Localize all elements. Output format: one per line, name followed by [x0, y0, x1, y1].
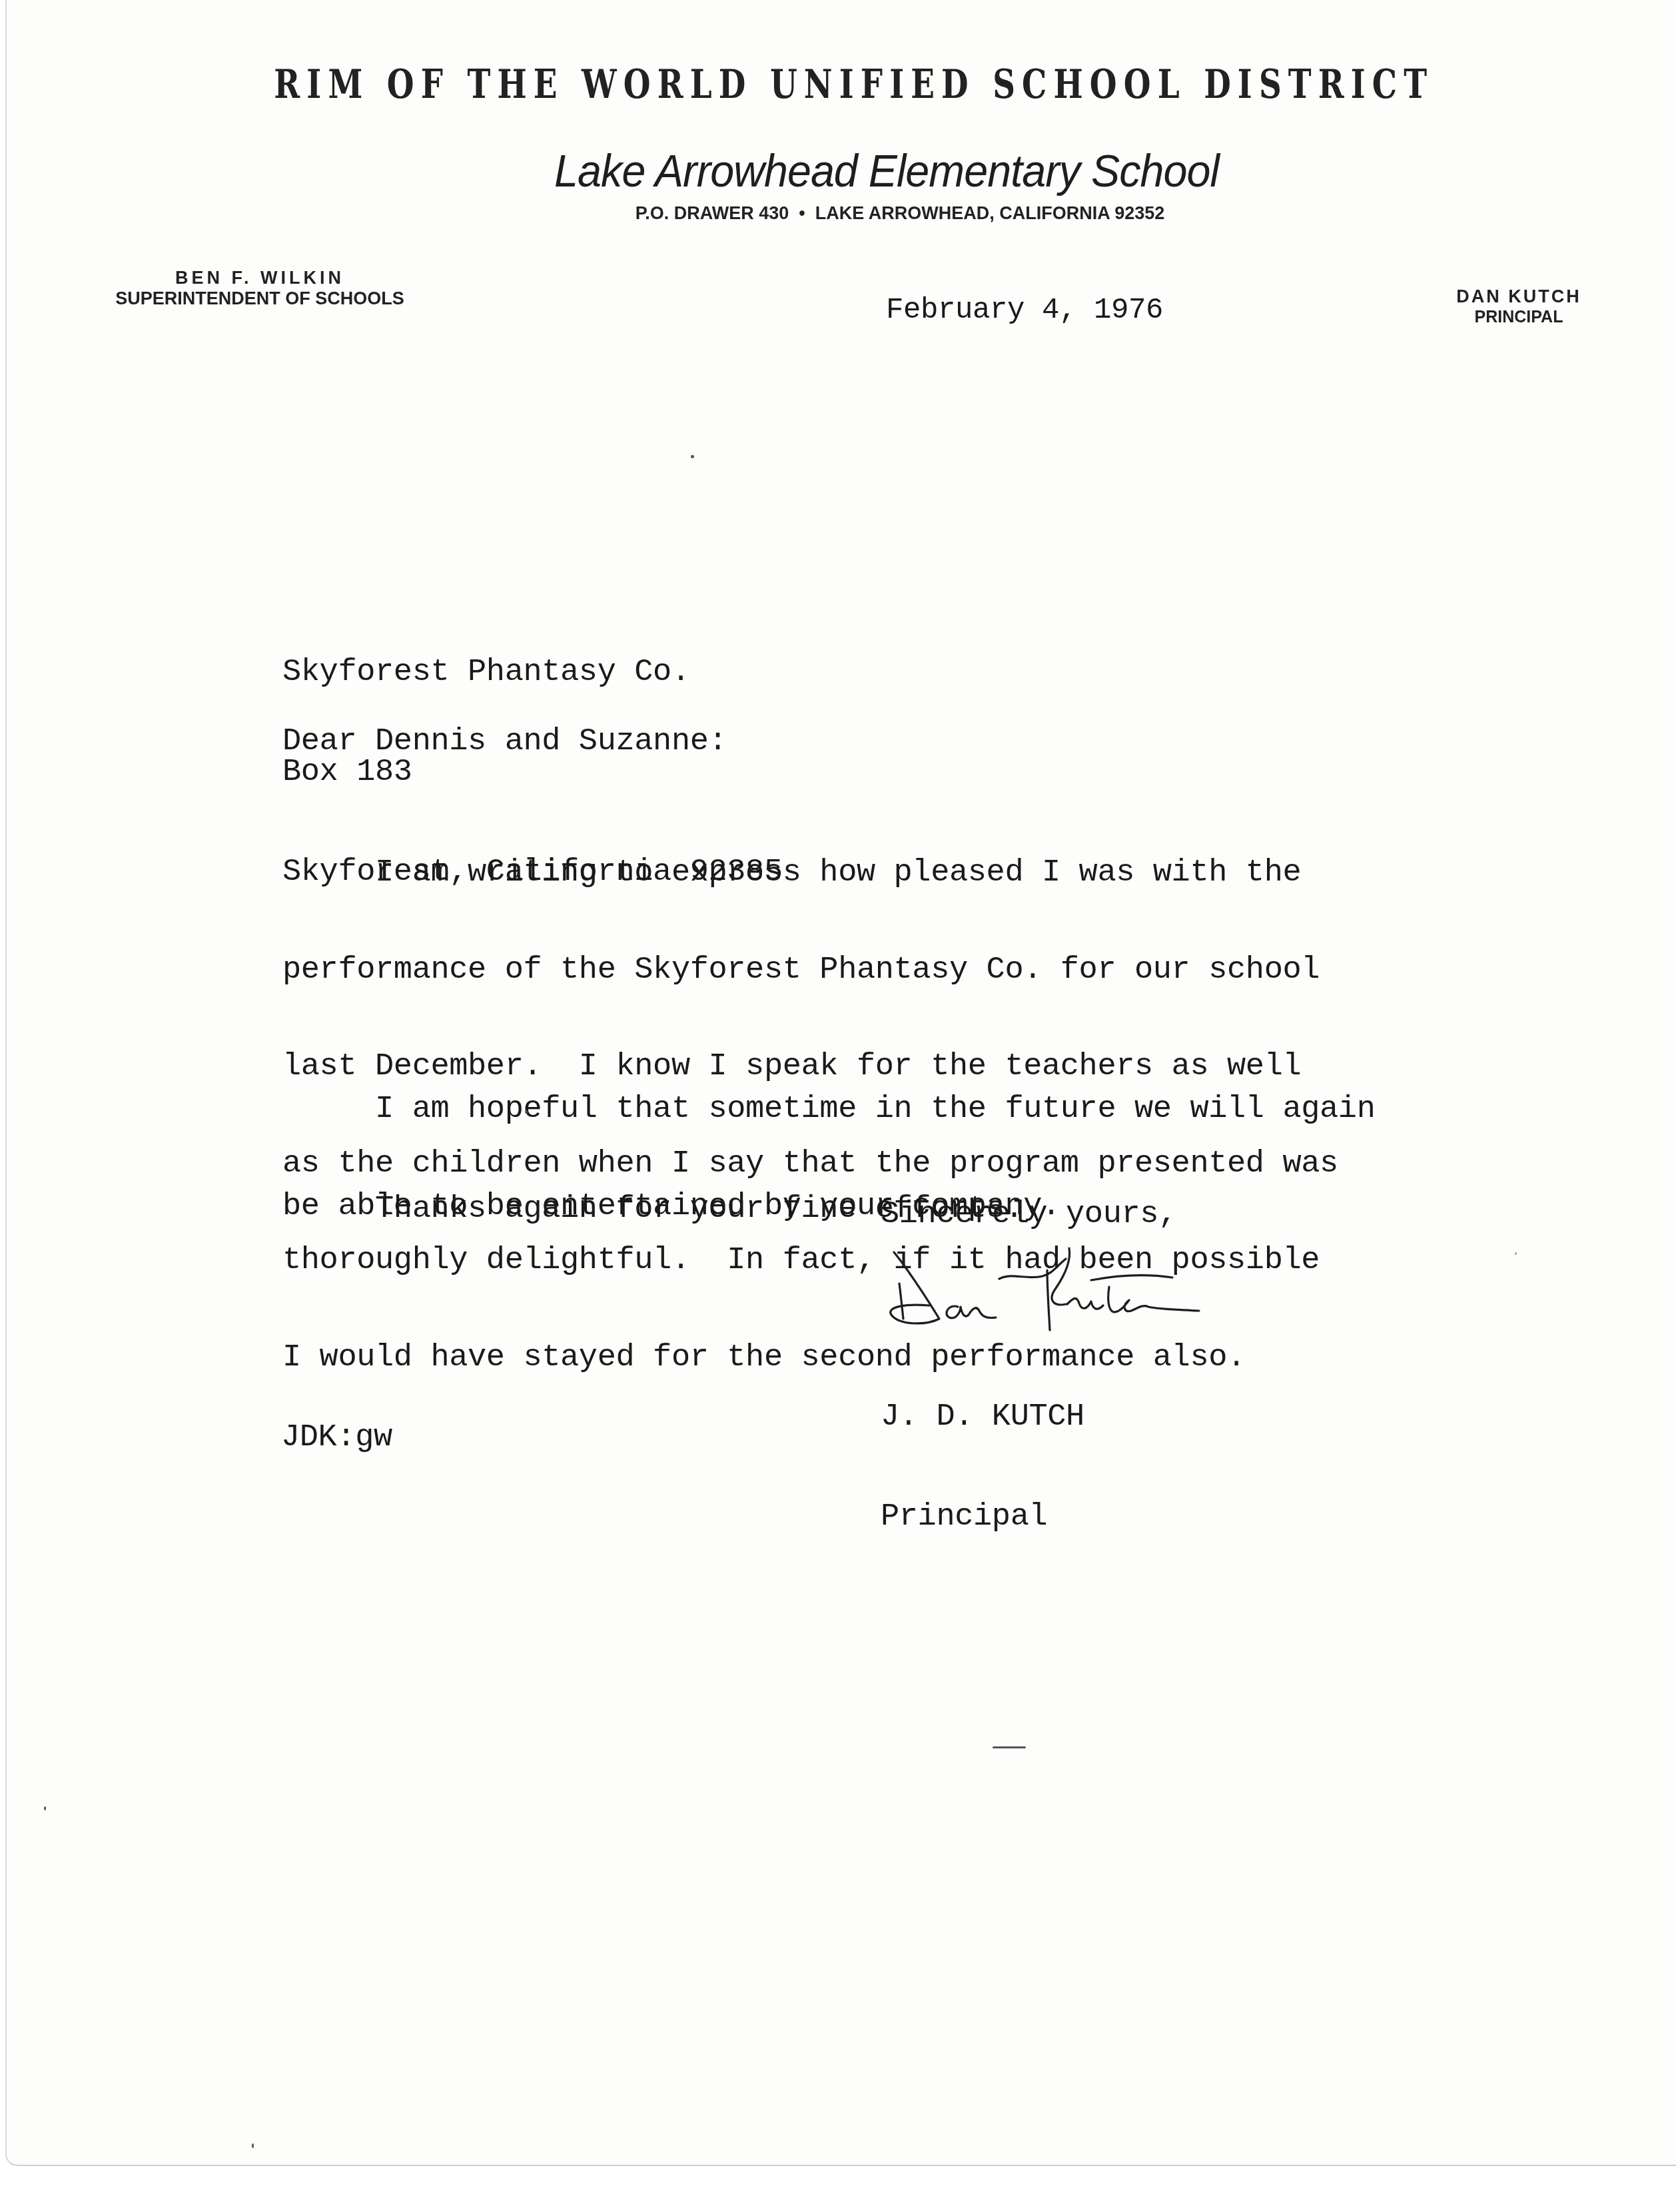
scan-speck [44, 1806, 46, 1810]
paragraph-line: I am writing to express how pleased I wa… [282, 857, 1548, 890]
closing: Sincerely yours, [881, 1199, 1177, 1232]
handwritten-signature [879, 1240, 1226, 1333]
district-name: RIM OF THE WORLD UNIFIED SCHOOL DISTRICT [199, 61, 1509, 108]
superintendent-title: SUPERINTENDENT OF SCHOOLS [107, 288, 413, 309]
superintendent-name: BEN F. WILKIN [107, 268, 413, 288]
signer-name: J. D. KUTCH [881, 1401, 1084, 1434]
paragraph-line: I am hopeful that sometime in the future… [282, 1094, 1548, 1126]
scan-speck [1515, 1252, 1517, 1255]
scan-speck [525, 1110, 528, 1114]
scan-speck [252, 2143, 254, 2148]
letter-page: RIM OF THE WORLD UNIFIED SCHOOL DISTRICT… [5, 0, 1676, 2166]
principal-title: PRINCIPAL [1426, 308, 1612, 327]
reference-initials: JDK:gw [281, 1422, 392, 1455]
school-name: Lake Arrowhead Elementary School [89, 145, 1680, 197]
letter-date: February 4, 1976 [886, 294, 1163, 327]
signer-block: J. D. KUTCH Principal [881, 1334, 1084, 1601]
recipient-line-2: Box 183 [282, 756, 783, 789]
paragraph-line: performance of the Skyforest Phantasy Co… [282, 954, 1548, 987]
school-address: P.O. DRAWER 430 • LAKE ARROWHEAD, CALIFO… [60, 203, 1680, 224]
recipient-line-1: Skyforest Phantasy Co. [282, 656, 783, 689]
principal-name: DAN KUTCH [1426, 286, 1612, 307]
scan-speck [691, 455, 694, 458]
scan-mark [993, 1746, 1026, 1748]
salutation: Dear Dennis and Suzanne: [282, 726, 727, 759]
signer-title: Principal [881, 1501, 1084, 1534]
